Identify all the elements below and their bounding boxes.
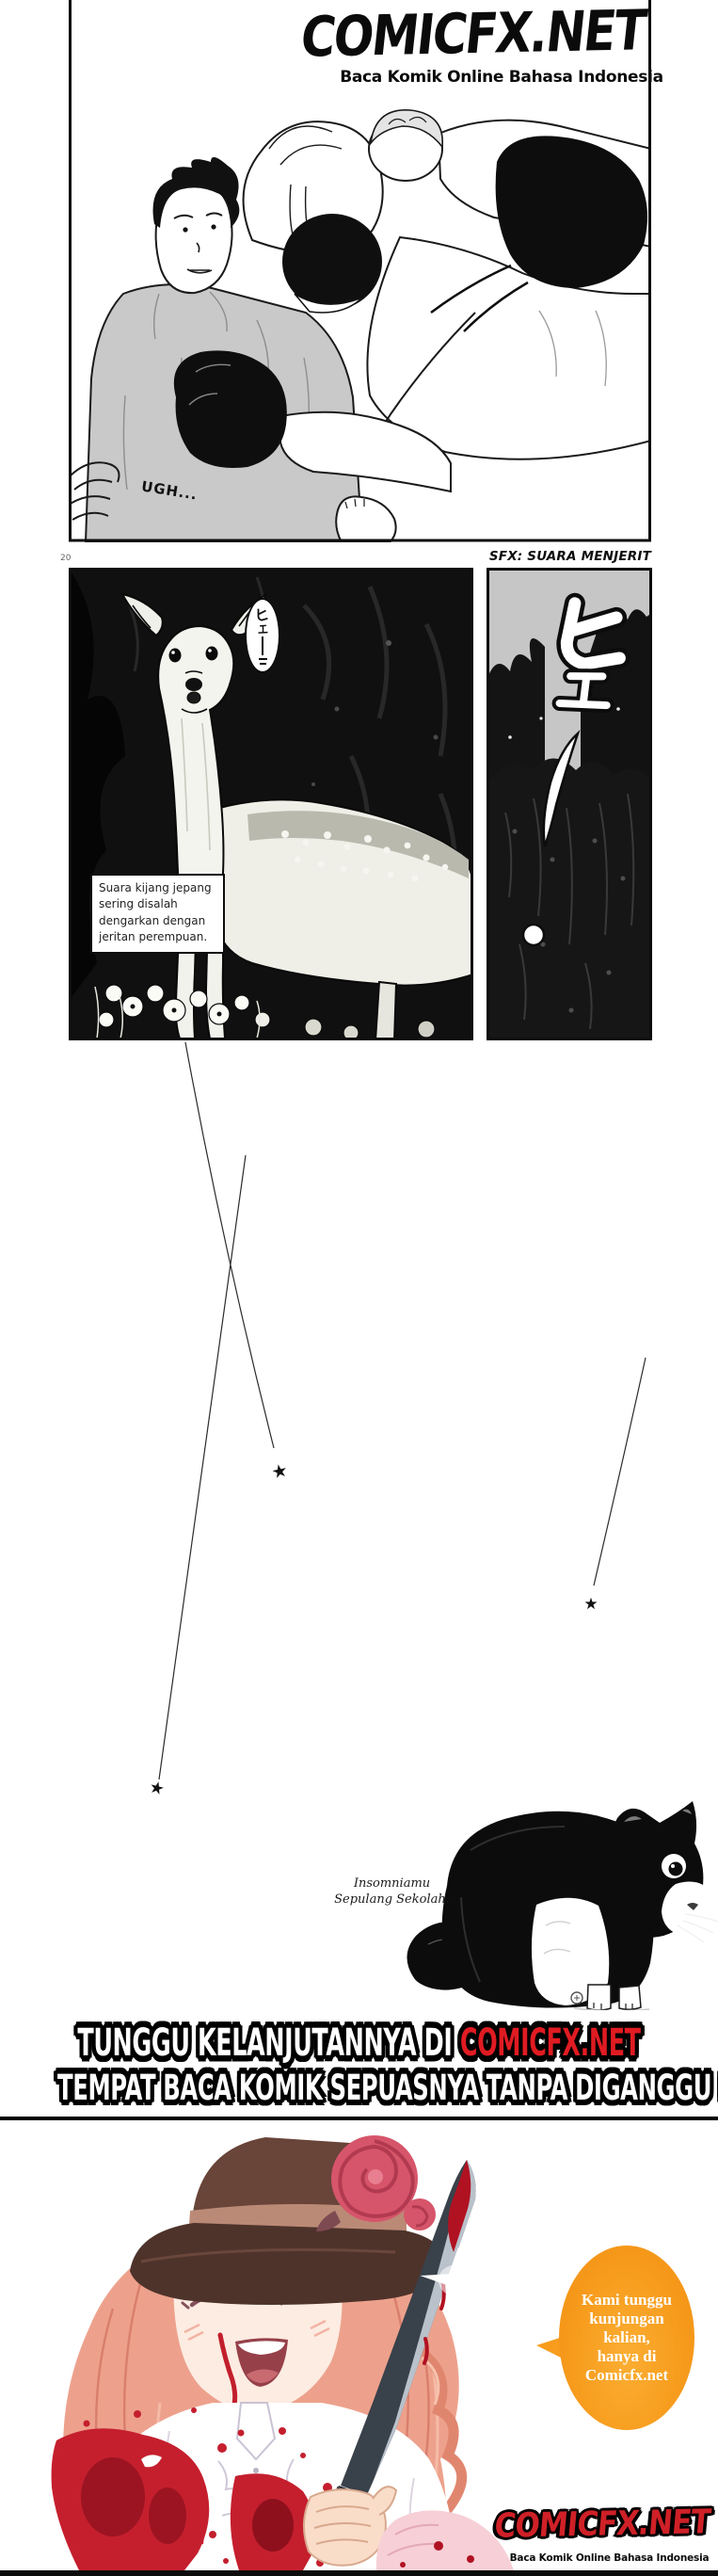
kana-e-small: [257, 624, 269, 635]
promo-text-line: Comicfx.net: [585, 2366, 668, 2385]
shooting-star-icon: ★: [583, 1595, 598, 1614]
promo-text-line: kunjungan: [589, 2310, 663, 2328]
promo-text-line: kalian,: [603, 2328, 650, 2347]
sfx-caption: SFX: SUARA MENJERIT: [405, 549, 651, 564]
narration-line: jeritan perempuan.: [99, 929, 217, 945]
scream-tick-mark: [260, 663, 266, 665]
manga-panel-collapsed-people: [69, 0, 651, 542]
narration-line: Suara kijang jepang: [99, 880, 217, 896]
shooting-star-icon: ★: [270, 1459, 290, 1483]
manga-panel-forest-scream: [487, 568, 652, 1040]
banner-brand-link[interactable]: COMICFX.NET: [460, 2021, 641, 2066]
promo-text-line: Kami tunggu: [582, 2291, 672, 2310]
shooting-stars-transition: ★ ★ ★: [0, 1040, 718, 1803]
scream-elongation-mark: [262, 636, 264, 655]
episode-caption: Insomniamu Sepulang Sekolah.: [310, 1876, 474, 1908]
banner-text: TUNGGU KELANJUTANNYA DI: [77, 2021, 459, 2066]
narration-line: dengarkan dengan: [99, 913, 217, 929]
promo-text-line: hanya di: [598, 2347, 657, 2366]
comic-reader-page: COMICFX.NET Baca Komik Online Bahasa Ind…: [0, 0, 718, 2576]
deer-speech-bubble: [245, 598, 280, 673]
episode-caption-line: Insomniamu: [310, 1876, 474, 1892]
footer-site-logo-subtitle: Baca Komik Online Bahasa Indonesia: [503, 2552, 715, 2564]
promo-speech-bubble[interactable]: Kami tunggu kunjungan kalian, hanya di C…: [559, 2246, 694, 2430]
narration-box: Suara kijang jepang sering disalah denga…: [90, 874, 225, 954]
episode-caption-line: Sepulang Sekolah.: [310, 1892, 474, 1908]
banner-line-1: TUNGGU KELANJUTANNYA DI COMICFX.NET: [65, 2021, 654, 2066]
scream-tick-mark: [259, 658, 267, 660]
shooting-star-icon: ★: [147, 1777, 167, 1799]
bottom-black-bar: [0, 2570, 718, 2576]
footer-site-logo[interactable]: COMICFX.NET: [487, 2503, 717, 2546]
page-number: 20: [60, 554, 71, 563]
kana-hi-small: [255, 607, 270, 622]
banner-line-2: TEMPAT BACA KOMIK SEPUASNYA TANPA DIGANG…: [57, 2067, 661, 2108]
narration-line: sering disalah: [99, 896, 217, 912]
